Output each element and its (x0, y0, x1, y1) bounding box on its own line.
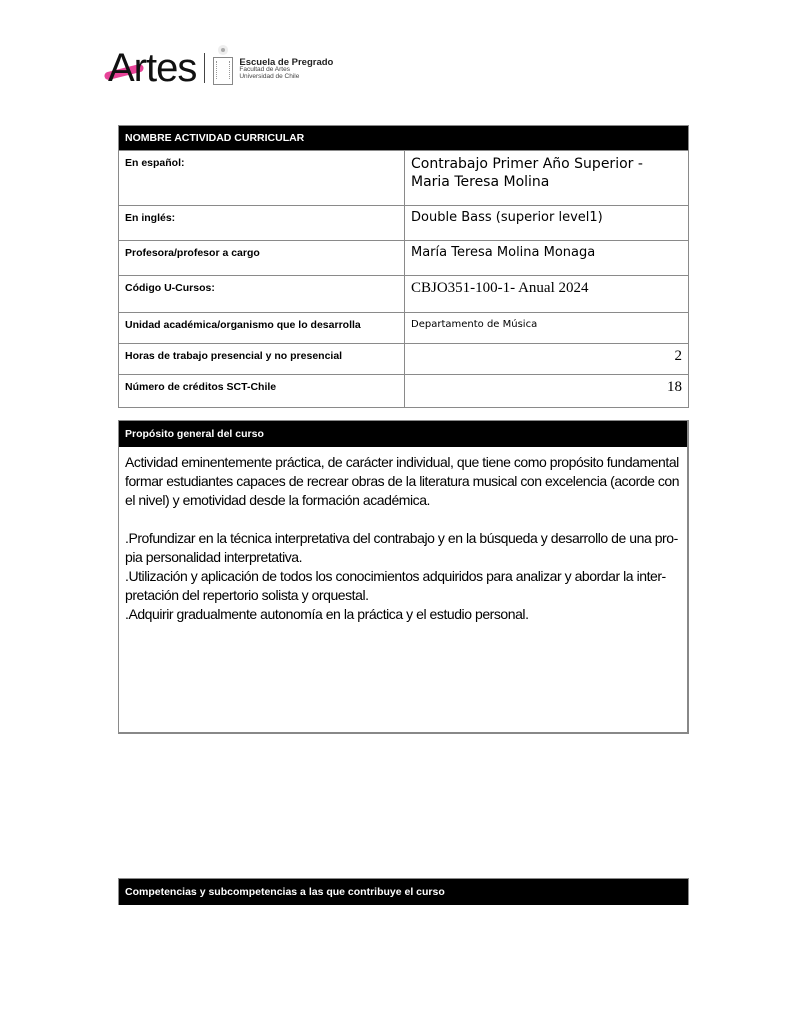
table-row: En inglés: Double Bass (superior level1) (119, 206, 689, 241)
sct-credits: 18 (405, 375, 689, 408)
activity-info-table: NOMBRE ACTIVIDAD CURRICULAR En español: … (118, 125, 689, 408)
table-title: NOMBRE ACTIVIDAD CURRICULAR (119, 126, 689, 151)
purpose-point: .Utilización y aplicación de todos los c… (125, 567, 681, 605)
row-label: Horas de trabajo presencial y no presenc… (119, 344, 405, 375)
academic-unit: Departamento de Música (405, 313, 689, 344)
logo-divider (204, 53, 205, 83)
table-row: Código U-Cursos: CBJO351-100-1- Anual 20… (119, 276, 689, 313)
course-code: CBJO351-100-1- Anual 2024 (405, 276, 689, 313)
section-title: Competencias y subcompetencias a las que… (119, 879, 688, 905)
course-name-english: Double Bass (superior level1) (405, 206, 689, 241)
table-row: Profesora/profesor a cargo María Teresa … (119, 241, 689, 276)
table-row: Número de créditos SCT-Chile 18 (119, 375, 689, 408)
work-hours: 2 (405, 344, 689, 375)
table-row: En español: Contrabajo Primer Año Superi… (119, 151, 689, 206)
professor-name: María Teresa Molina Monaga (405, 241, 689, 276)
row-label: En inglés: (119, 206, 405, 241)
logo-wordmark: Artes (108, 48, 196, 88)
row-label: Código U-Cursos: (119, 276, 405, 313)
competencies-section: Competencias y subcompetencias a las que… (118, 878, 689, 905)
table-row: Unidad académica/organismo que lo desarr… (119, 313, 689, 344)
university-crest-icon (213, 57, 233, 85)
table-row: Horas de trabajo presencial y no presenc… (119, 344, 689, 375)
purpose-point: .Profundizar en la técnica interpretativ… (125, 529, 681, 567)
purpose-text: Actividad eminentemente práctica, de car… (119, 447, 687, 624)
table-header-row: NOMBRE ACTIVIDAD CURRICULAR (119, 126, 689, 151)
school-identity: Escuela de Pregrado Facultad de Artes Un… (239, 58, 333, 81)
row-label: Unidad académica/organismo que lo desarr… (119, 313, 405, 344)
section-title: Propósito general del curso (119, 421, 687, 447)
purpose-point: .Adquirir gradualmente autonomía en la p… (125, 605, 681, 624)
artes-logo: Artes Escuela de Pregrado Facultad de Ar… (108, 46, 333, 90)
course-name-spanish: Contrabajo Primer Año Superior - Maria T… (405, 151, 689, 206)
university-name: Universidad de Chile (239, 74, 333, 81)
row-label: Profesora/profesor a cargo (119, 241, 405, 276)
row-label: En español: (119, 151, 405, 206)
course-purpose-section: Propósito general del curso Actividad em… (118, 420, 689, 734)
row-label: Número de créditos SCT-Chile (119, 375, 405, 408)
purpose-intro: Actividad eminentemente práctica, de car… (125, 453, 681, 510)
